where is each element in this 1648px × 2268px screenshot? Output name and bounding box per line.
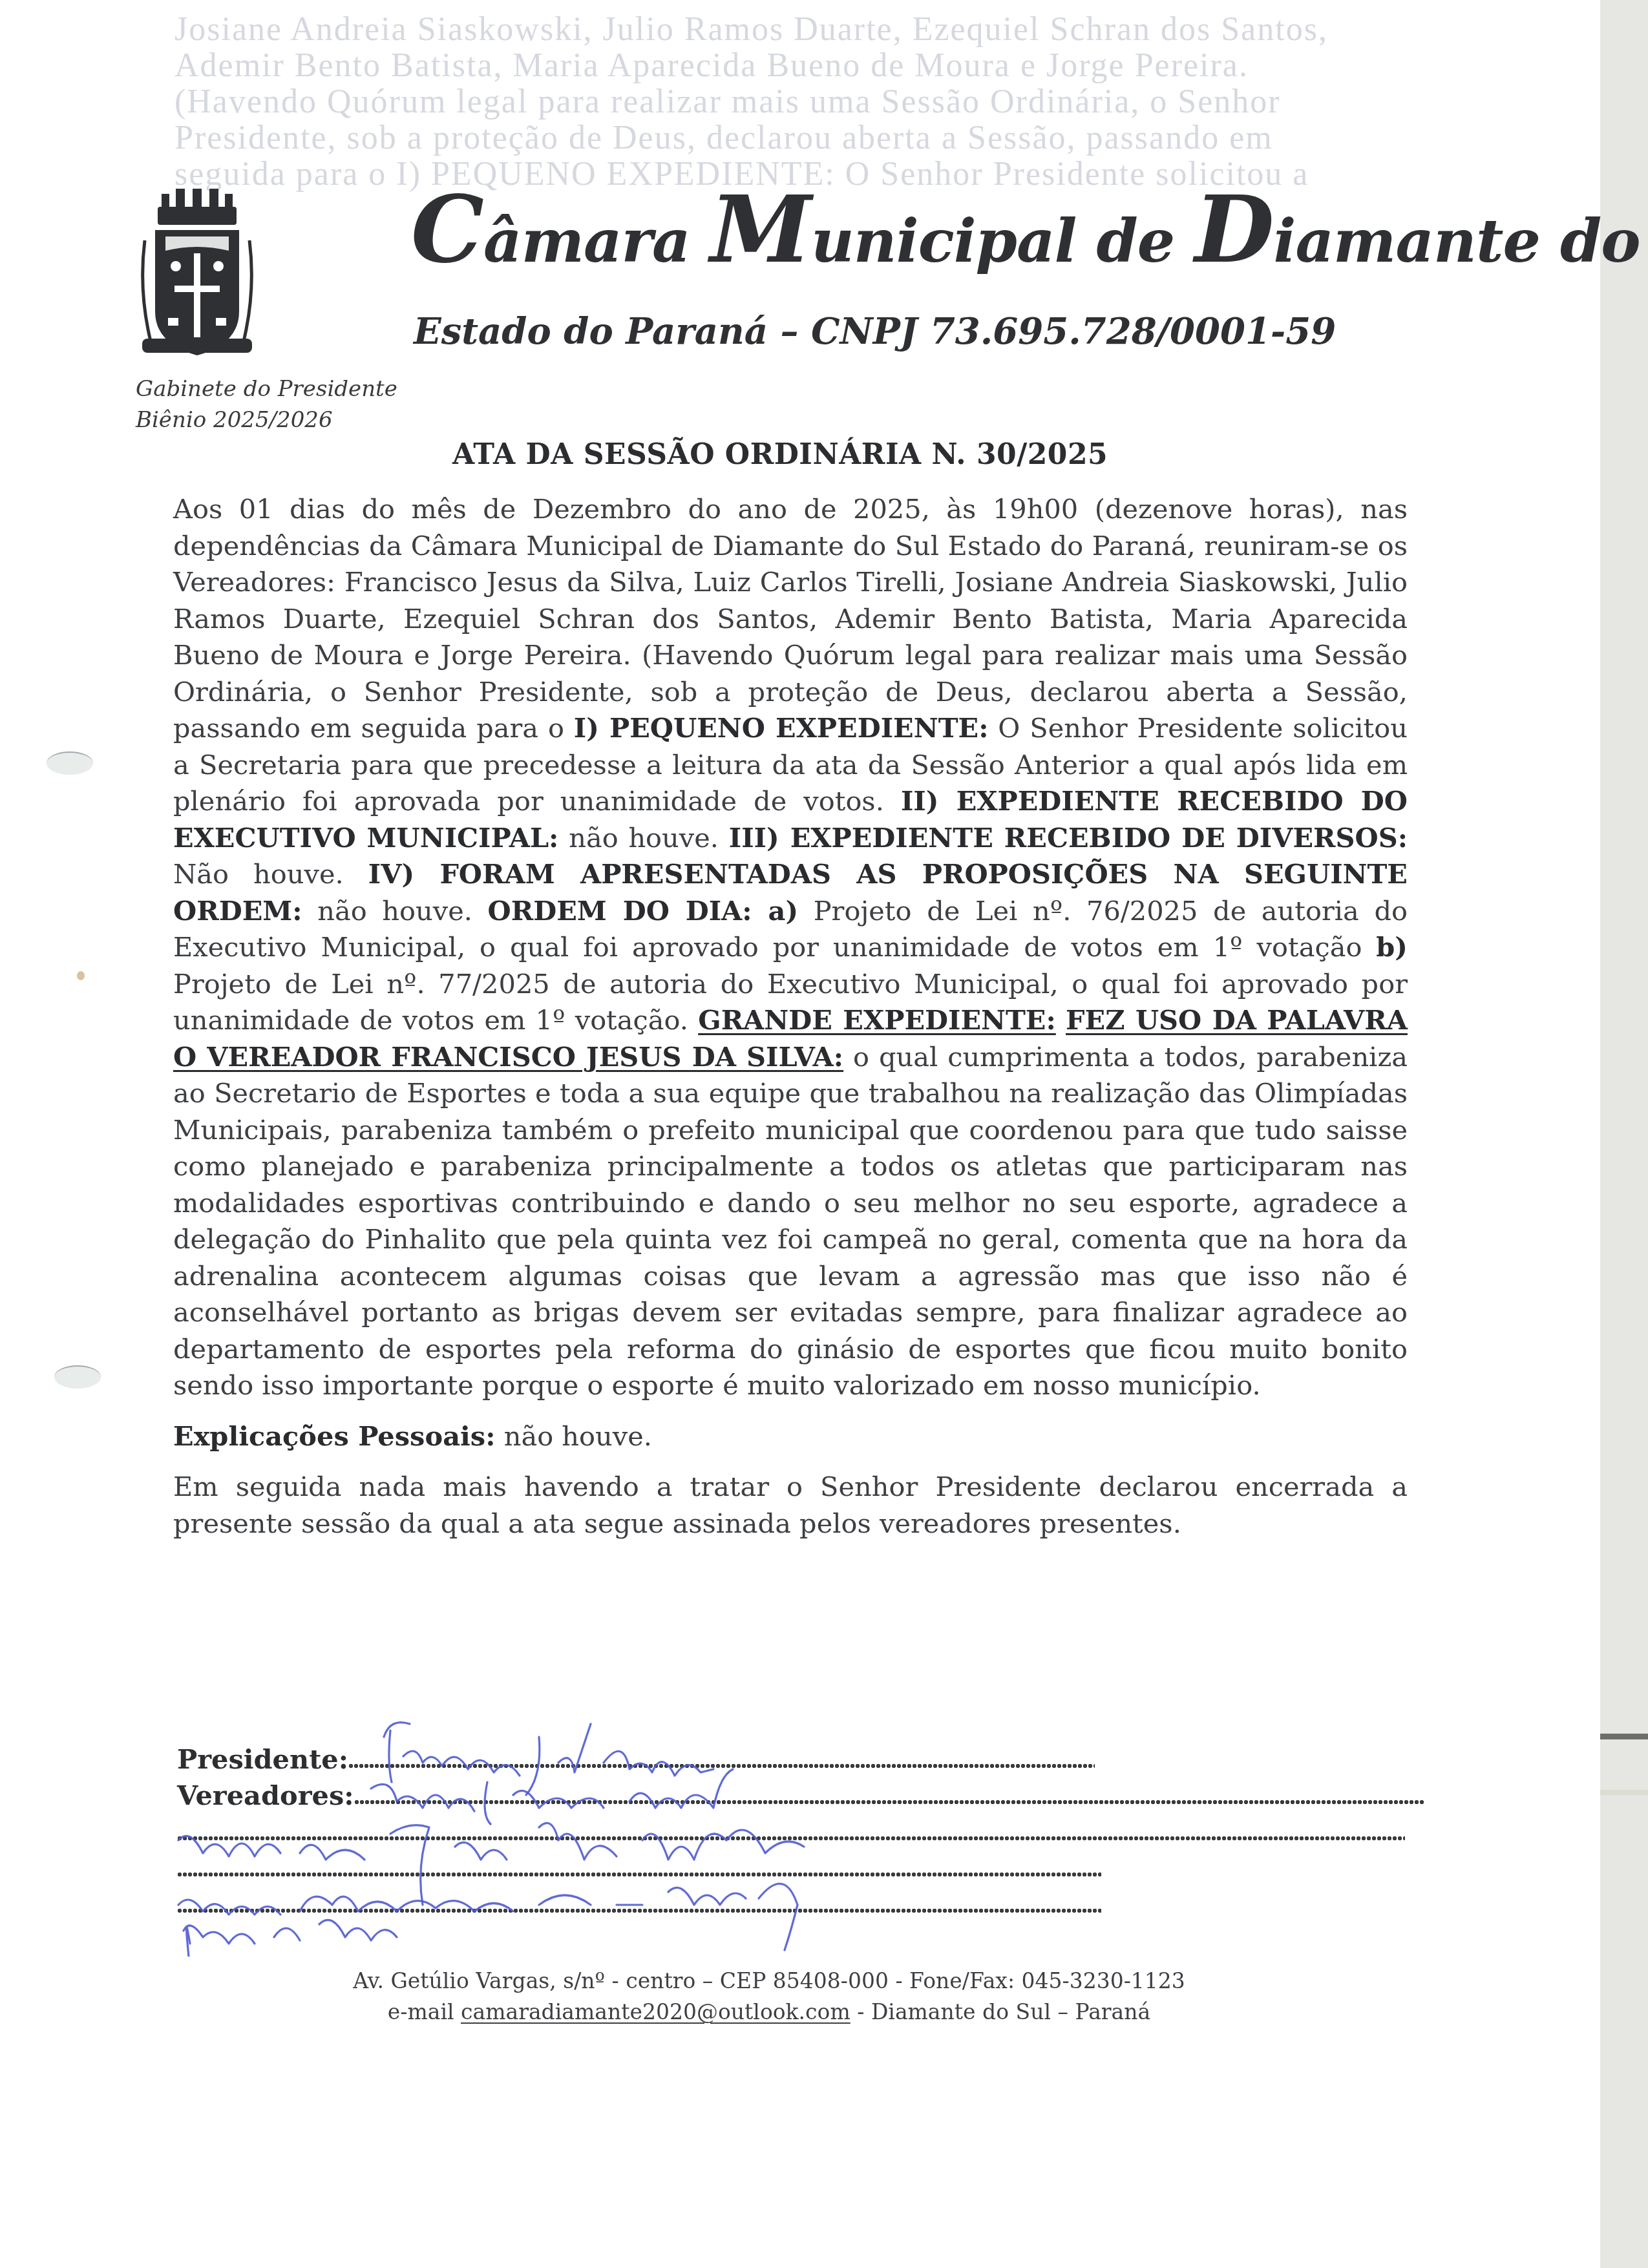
body-text: não houve. — [558, 822, 728, 854]
president-signature-line: Presidente: — [177, 1743, 1405, 1780]
section-heading: III) EXPEDIENTE RECEBIDO DE DIVERSOS: — [729, 822, 1408, 854]
punch-hole — [47, 751, 93, 775]
dotted-line — [177, 1871, 1101, 1878]
signature-block: Presidente: Vereadores: — [177, 1743, 1405, 1924]
president-label: Presidente: — [177, 1743, 348, 1775]
footer-contact: e-mail camaradiamante2020@outlook.com - … — [220, 1997, 1318, 2028]
signature-line — [177, 1852, 1405, 1888]
section-heading: Explicações Pessoais: — [173, 1420, 496, 1452]
bleed-line: Josiane Andreia Siaskowski, Julio Ramos … — [174, 12, 1415, 48]
section-heading: b) — [1376, 931, 1408, 963]
minutes-body: Aos 01 dias do mês de Dezembro do ano de… — [173, 491, 1408, 1542]
signature-line — [177, 1816, 1405, 1852]
footer-location: - Diamante do Sul – Paraná — [850, 1999, 1150, 2024]
footer: Av. Getúlio Vargas, s/nº - centro – CEP … — [220, 1966, 1318, 2028]
bleed-line: Ademir Bento Batista, Maria Aparecida Bu… — [174, 48, 1415, 84]
scan-edge-strip — [1600, 0, 1648, 2268]
document-title: ATA DA SESSÃO ORDINÁRIA N. 30/2025 — [452, 438, 1108, 471]
closing-paragraph: Em seguida nada mais havendo a tratar o … — [173, 1469, 1408, 1542]
body-text: não houve. — [302, 895, 488, 927]
chamber-name-initial: M — [710, 176, 811, 284]
body-text: o qual cumprimenta a todos, parabeniza a… — [173, 1041, 1408, 1402]
email-prefix: e-mail — [388, 1999, 461, 2024]
biennium: Biênio 2025/2026 — [136, 404, 397, 436]
dotted-line — [177, 1907, 1101, 1914]
councilors-label: Vereadores: — [177, 1780, 354, 1811]
opening-paragraph: Aos 01 dias do mês de Dezembro do ano de… — [173, 491, 1408, 1404]
body-text: Aos 01 dias do mês de Dezembro do ano de… — [173, 493, 1408, 744]
section-heading: I) PEQUENO EXPEDIENTE: — [574, 712, 989, 744]
cabinet-label: Gabinete do Presidente Biênio 2025/2026 — [136, 373, 397, 436]
bleed-line: Presidente, sob a proteção de Deus, decl… — [174, 120, 1415, 156]
coat-of-arms-icon — [136, 189, 259, 362]
paper-speck — [77, 971, 85, 980]
chamber-name: Câmara Municipal de Diamante do Sul — [411, 184, 1648, 276]
chamber-name-part: unicipal de — [811, 206, 1195, 276]
chamber-name-initial: C — [411, 176, 483, 284]
scan-artifact — [1600, 1790, 1648, 1795]
signature-line — [177, 1888, 1405, 1924]
section-heading-underlined: GRANDE EXPEDIENTE: — [698, 1004, 1056, 1036]
dotted-line — [348, 1763, 1095, 1769]
bleed-through-text: Josiane Andreia Siaskowski, Julio Ramos … — [174, 12, 1415, 193]
chamber-name-part: iamante do — [1274, 206, 1648, 276]
scan-artifact — [1600, 1734, 1648, 1739]
chamber-name-initial: D — [1194, 176, 1273, 284]
body-text: não houve. — [496, 1420, 652, 1452]
email-link[interactable]: camaradiamante2020@outlook.com — [461, 1999, 850, 2024]
body-text: Não houve. — [173, 858, 368, 890]
chamber-name-part: âmara — [483, 206, 710, 276]
councilors-signature-line: Vereadores: — [177, 1780, 1405, 1816]
cabinet-name: Gabinete do Presidente — [136, 373, 397, 404]
dotted-line — [354, 1799, 1424, 1805]
punch-hole — [54, 1365, 101, 1389]
personal-explanations: Explicações Pessoais: não houve. — [173, 1418, 1408, 1455]
footer-address: Av. Getúlio Vargas, s/nº - centro – CEP … — [220, 1966, 1318, 1997]
bleed-line: (Havendo Quórum legal para realizar mais… — [174, 84, 1415, 120]
section-heading: ORDEM DO DIA: a) — [488, 895, 798, 927]
state-cnpj-line: Estado do Paraná – CNPJ 73.695.728/0001-… — [414, 310, 1336, 353]
dotted-line — [177, 1835, 1405, 1842]
